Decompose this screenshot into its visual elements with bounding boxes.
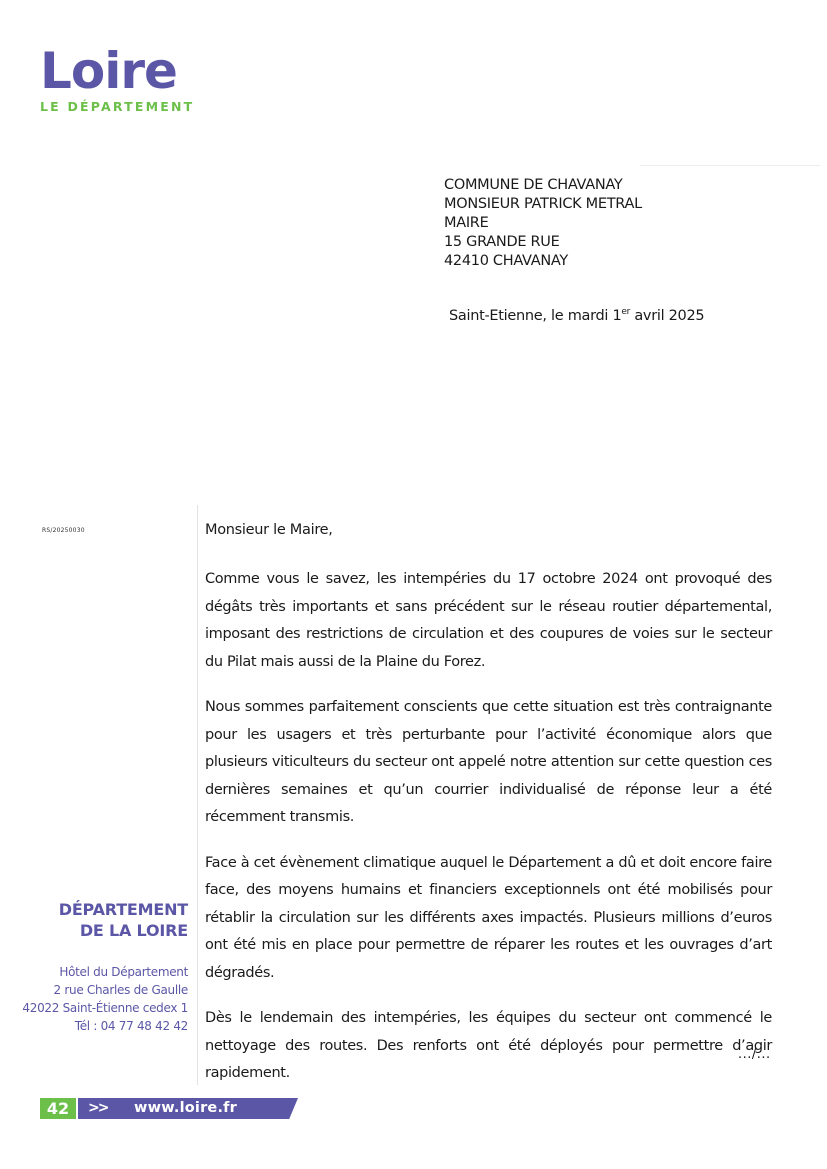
address-line: 42022 Saint-Étienne cedex 1 xyxy=(20,999,188,1017)
org-line: DE LA LOIRE xyxy=(30,920,188,941)
letter-date: Saint-Etienne, le mardi 1er avril 2025 xyxy=(449,307,704,324)
recipient-line: COMMUNE DE CHAVANAY xyxy=(444,176,642,195)
scan-artifact-line xyxy=(640,165,820,166)
margin-divider xyxy=(197,505,198,1085)
date-ordinal: er xyxy=(621,307,630,317)
website-link[interactable]: www.loire.fr xyxy=(134,1098,237,1119)
body-paragraph: Nous sommes parfaitement conscients que … xyxy=(205,694,772,832)
logo-subtitle: LE DÉPARTEMENT xyxy=(40,99,210,114)
sidebar-organization: DÉPARTEMENT DE LA LOIRE xyxy=(30,899,188,941)
double-chevron-icon: >> xyxy=(88,1098,107,1119)
salutation: Monsieur le Maire, xyxy=(205,522,333,538)
recipient-line: 42410 CHAVANAY xyxy=(444,252,642,271)
reference-code: RS/20250030 xyxy=(42,527,85,534)
recipient-address-block: COMMUNE DE CHAVANAY MONSIEUR PATRICK MET… xyxy=(444,176,642,271)
logo-wordmark: Loire xyxy=(40,46,210,96)
recipient-line: MAIRE xyxy=(444,214,642,233)
address-phone: Tél : 04 77 48 42 42 xyxy=(20,1017,188,1035)
department-number-badge: 42 xyxy=(40,1098,76,1119)
continuation-mark: .../... xyxy=(738,1047,771,1062)
sidebar-address: Hôtel du Département 2 rue Charles de Ga… xyxy=(20,963,188,1035)
body-paragraph: Face à cet évènement climatique auquel l… xyxy=(205,850,772,988)
recipient-line: 15 GRANDE RUE xyxy=(444,233,642,252)
address-line: Hôtel du Département xyxy=(20,963,188,981)
date-prefix: Saint-Etienne, le mardi 1 xyxy=(449,308,621,324)
body-paragraph: Dès le lendemain des intempéries, les éq… xyxy=(205,1005,772,1088)
date-suffix: avril 2025 xyxy=(630,308,704,324)
address-line: 2 rue Charles de Gaulle xyxy=(20,981,188,999)
loire-logo: Loire LE DÉPARTEMENT xyxy=(40,46,210,114)
body-paragraph: Comme vous le savez, les intempéries du … xyxy=(205,566,772,676)
recipient-line: MONSIEUR PATRICK METRAL xyxy=(444,195,642,214)
footer-banner: 42 >> www.loire.fr xyxy=(40,1098,298,1119)
letter-body: Comme vous le savez, les intempéries du … xyxy=(205,566,772,1106)
org-line: DÉPARTEMENT xyxy=(30,899,188,920)
